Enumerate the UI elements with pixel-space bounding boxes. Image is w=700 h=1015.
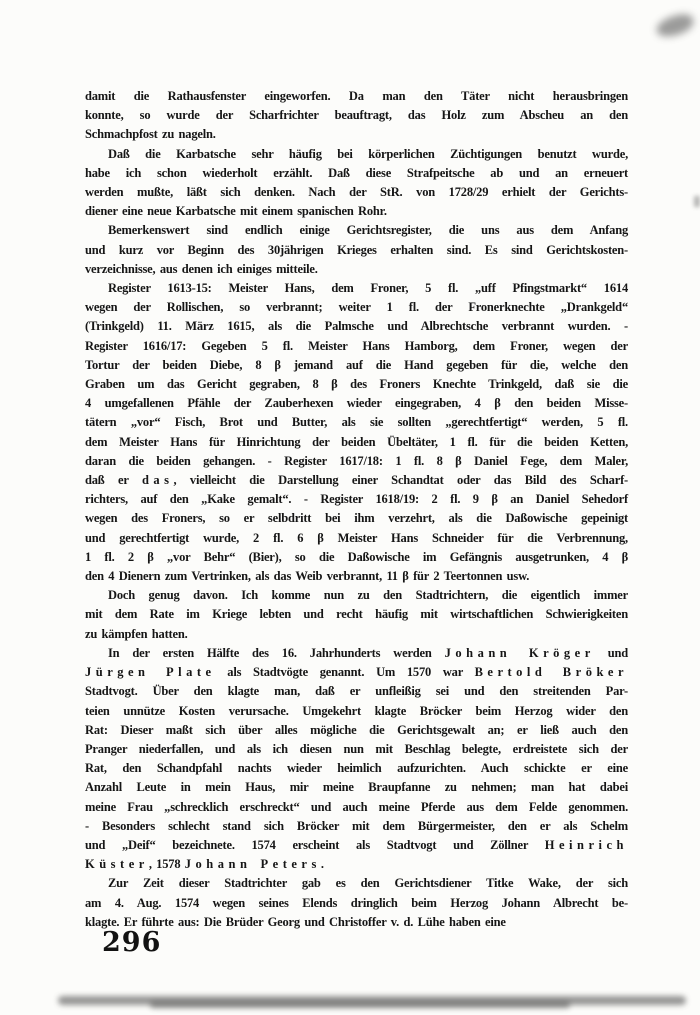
text-line: In der ersten Hälfte des 16. Jahrhundert… xyxy=(85,644,628,663)
text-block: damit die Rathausfenster eingeworfen. Da… xyxy=(85,87,628,932)
page-number: 296 xyxy=(102,927,161,958)
text-line: richters, auf den „Kake gemalt“. - Regis… xyxy=(85,490,628,509)
text-line: (Trinkgeld) 11. März 1615, als die Palms… xyxy=(85,317,628,336)
text-line: diener eine neue Karbatsche mit einem sp… xyxy=(85,202,628,221)
text-line: 4 umgefallenen Pfähle der Zauberhexen wi… xyxy=(85,394,628,413)
text-line: verzeichnisse, aus denen ich einiges mit… xyxy=(85,260,628,279)
text-line: habe ich schon wiederholt erzählt. Daß d… xyxy=(85,164,628,183)
letterspaced-name: Jürgen Plate xyxy=(85,665,216,679)
text-line: Jürgen Plate als Stadtvögte genannt. Um … xyxy=(85,663,628,682)
text-line: daran die beiden gehangen. - Register 16… xyxy=(85,452,628,471)
text-line: Schmachpfost zu nageln. xyxy=(85,125,628,144)
paragraph: In der ersten Hälfte des 16. Jahrhundert… xyxy=(85,644,628,874)
paragraph: Bemerkenswert sind endlich einige Gerich… xyxy=(85,221,628,279)
paragraph: Doch genug davon. Ich komme nun zu den S… xyxy=(85,586,628,644)
text-line: dem Meister Hans für Hinrichtung der bei… xyxy=(85,433,628,452)
paragraph: Zur Zeit dieser Stadtrichter gab es den … xyxy=(85,874,628,932)
text-line: Pranger niederfallen, und als ich diesen… xyxy=(85,740,628,759)
text-line: werden mußte, läßt sich denken. Nach der… xyxy=(85,183,628,202)
text-line: Register 1616/17: Gegeben 5 fl. Meister … xyxy=(85,337,628,356)
text-line: - Besonders schlecht stand sich Bröcker … xyxy=(85,817,628,836)
text-line: konnte, so wurde der Scharfrichter beauf… xyxy=(85,106,628,125)
text-line: und kurz vor Beginn des 30jährigen Krieg… xyxy=(85,241,628,260)
letterspaced-name: Heinrich xyxy=(545,838,628,852)
scan-mark xyxy=(694,196,700,207)
paragraph: Register 1613-15: Meister Hans, dem Fron… xyxy=(85,279,628,586)
text-line: und „Deif“ bezeichnete. 1574 erscheint a… xyxy=(85,836,628,855)
text-line: Register 1613-15: Meister Hans, dem Fron… xyxy=(85,279,628,298)
letterspaced-name: Küster xyxy=(85,857,149,871)
letterspaced-name: Johann Kröger xyxy=(445,646,595,660)
book-page: damit die Rathausfenster eingeworfen. Da… xyxy=(0,0,700,1015)
text-line: klagte. Er führte aus: Die Brüder Georg … xyxy=(85,913,628,932)
text-line: 1 fl. 2 β „vor Behr“ (Bier), so die Daßo… xyxy=(85,548,628,567)
text-line: mit dem Rate im Kriege lebten und recht … xyxy=(85,605,628,624)
text-line: Zur Zeit dieser Stadtrichter gab es den … xyxy=(85,874,628,893)
text-line: teien unnütze Kosten verursache. Umgekeh… xyxy=(85,702,628,721)
text-line: damit die Rathausfenster eingeworfen. Da… xyxy=(85,87,628,106)
text-line: und gerechtfertigt wurde, 2 fl. 6 β Meis… xyxy=(85,529,628,548)
text-line: zu kämpfen hatten. xyxy=(85,625,628,644)
text-line: Graben um das Gericht gegraben, 8 β des … xyxy=(85,375,628,394)
text-line: tätern „vor“ Fisch, Brot und Butter, als… xyxy=(85,413,628,432)
text-line: Rat: Dieser maßt sich über alles möglich… xyxy=(85,721,628,740)
text-line: am 4. Aug. 1574 wegen seines Elends drin… xyxy=(85,894,628,913)
text-line: den 4 Dienern zum Vertrinken, als das We… xyxy=(85,567,628,586)
text-line: meine Frau „schrecklich erschreckt“ und … xyxy=(85,798,628,817)
text-line: wegen des Froners, so er selbdritt bei i… xyxy=(85,509,628,528)
letterspaced-name: Bertold Bröker xyxy=(475,665,628,679)
text-line: Doch genug davon. Ich komme nun zu den S… xyxy=(85,586,628,605)
paragraph: damit die Rathausfenster eingeworfen. Da… xyxy=(85,87,628,145)
text-line: Stadtvogt. Über den klagte man, daß er u… xyxy=(85,682,628,701)
text-line: Daß die Karbatsche sehr häufig bei körpe… xyxy=(85,145,628,164)
text-line: Anzahl Leute in mein Haus, mir meine Bra… xyxy=(85,778,628,797)
text-line: Tortur der beiden Diebe, 8 β jemand auf … xyxy=(85,356,628,375)
text-line: Rat, den Schandpfahl nachts wieder heiml… xyxy=(85,759,628,778)
text-line: Bemerkenswert sind endlich einige Gerich… xyxy=(85,221,628,240)
text-line: daß er das, vielleicht die Darstellung e… xyxy=(85,471,628,490)
text-line: wegen der Rollischen, so verbrannt; weit… xyxy=(85,298,628,317)
letterspaced-name: das xyxy=(142,473,174,487)
paragraph: Daß die Karbatsche sehr häufig bei körpe… xyxy=(85,145,628,222)
letterspaced-name: Johann Peters xyxy=(185,857,321,871)
scan-shadow xyxy=(150,1002,570,1008)
text-line: Küster, 1578 Johann Peters. xyxy=(85,855,628,874)
scan-smudge xyxy=(654,12,695,40)
